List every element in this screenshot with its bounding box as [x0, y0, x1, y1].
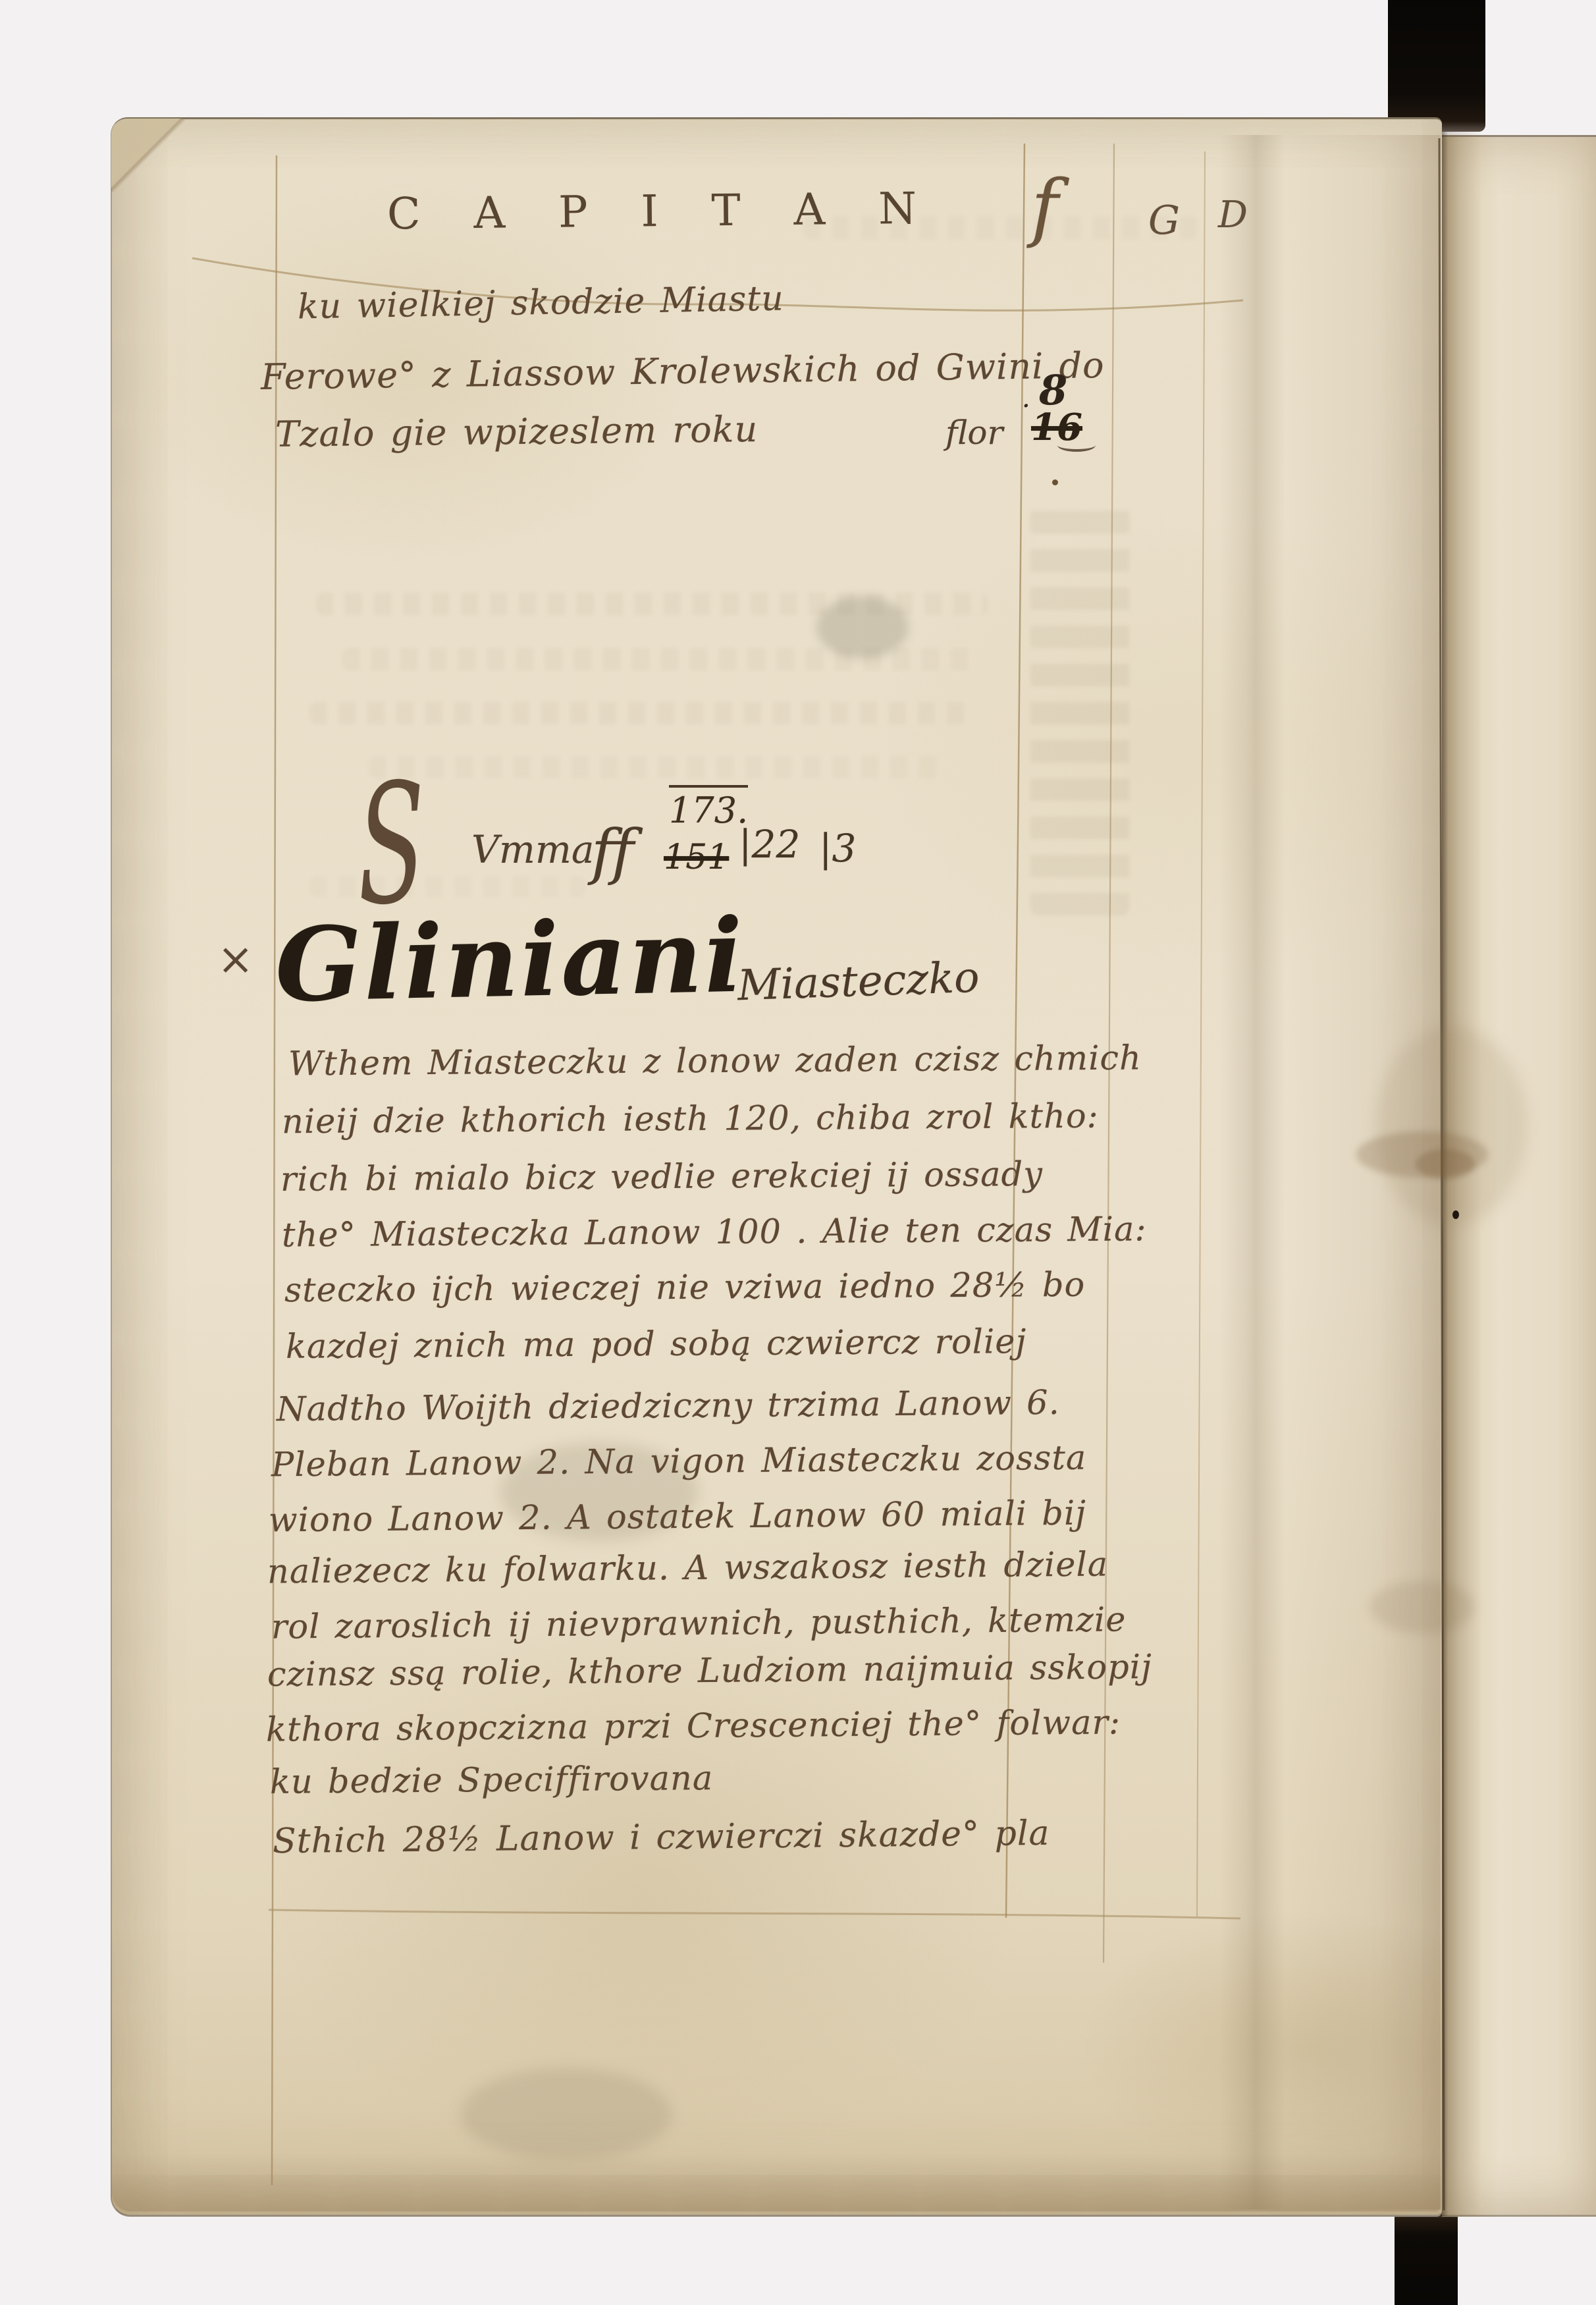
binding-strap-top — [1388, 0, 1485, 132]
paragraph-line: naliezecz ku folwarku. A wszakosz iesth … — [267, 1545, 1109, 1591]
summa-word: Vmma — [471, 827, 594, 872]
bleed-through-text — [309, 702, 974, 724]
paragraph-line: czinsz ssą rolie, kthore Ludziom naijmui… — [267, 1648, 1152, 1695]
paragraph-line: ku bedzie Speciffirovana — [270, 1759, 714, 1802]
currency-label: flor — [945, 414, 1003, 452]
summa-groszy: |22 — [739, 822, 800, 867]
bleed-through-text — [309, 876, 586, 897]
paragraph-line: kthora skopczizna przi Crescenciej the° … — [266, 1703, 1121, 1749]
stain — [816, 596, 909, 659]
paragraph-line: Pleban Lanow 2. Na vigon Miasteczku zoss… — [271, 1439, 1087, 1485]
folio-mark-f: f — [1031, 165, 1058, 250]
stain — [461, 2068, 672, 2160]
ink-spot — [1452, 1210, 1459, 1219]
page-bottom-grime — [112, 2154, 1441, 2211]
manuscript-scan: C A P I T A N f G D ku wielkiej skodzie … — [0, 0, 1596, 2305]
folio-mark-g: G — [1148, 198, 1180, 244]
top-note-line3: Tzalo gie wpizeslem roku — [275, 408, 758, 455]
section-title: Gliniani — [274, 896, 746, 1025]
stain — [1416, 1149, 1475, 1179]
paragraph-line: Nadtho Woijth dziedziczny trzima Lanow 6… — [277, 1384, 1060, 1429]
summa-old-total-struck: 151 — [664, 838, 729, 877]
stain — [1376, 1027, 1528, 1225]
folio-mark-d: D — [1218, 194, 1248, 236]
amount-dot: · — [1022, 391, 1030, 421]
page-header-title: C A P I T A N — [387, 183, 937, 240]
paragraph-line: rich bi mialo bicz vedlie erekciej ij os… — [280, 1155, 1043, 1199]
paragraph-line: steczko ijch wieczej nie vziwa iedno 28½… — [284, 1266, 1086, 1310]
paragraph-line: the° Miasteczka Lanow 100 . Alie ten cza… — [282, 1210, 1147, 1255]
summa-florin-ligature: ff — [591, 817, 634, 887]
paragraph-line: kazdej znich ma pod sobą czwiercz roliej — [286, 1322, 1027, 1367]
check-tick-mark — [1057, 439, 1096, 452]
section-subtitle: Miasteczko — [737, 954, 980, 1011]
paragraph-line: wiono Lanow 2. A ostatek Lanow 60 miali … — [269, 1494, 1087, 1540]
paragraph-line: Wthem Miasteczku z lonow zaden czisz chm… — [288, 1039, 1142, 1083]
stain — [1370, 1581, 1475, 1633]
page-fold-shadow — [1219, 135, 1285, 2210]
paragraph-line: rol zaroslich ij nievprawnich, pusthich,… — [271, 1600, 1127, 1646]
paragraph-line: nieij dzie kthorich iesth 120, chiba zro… — [282, 1097, 1099, 1142]
dog-ear-fold — [111, 119, 185, 192]
closing-line: Sthich 28½ Lanow i czwierczi skazde° pla — [273, 1814, 1050, 1861]
summa-new-total: 173. — [669, 785, 748, 831]
binding-strap-bottom — [1395, 2213, 1458, 2305]
ink-spot — [1052, 479, 1058, 485]
bleed-through-numbers — [1030, 507, 1129, 915]
margin-cross-mark: × — [217, 934, 253, 985]
summa-denary: |3 — [819, 826, 856, 871]
bleed-through-text — [369, 756, 948, 778]
